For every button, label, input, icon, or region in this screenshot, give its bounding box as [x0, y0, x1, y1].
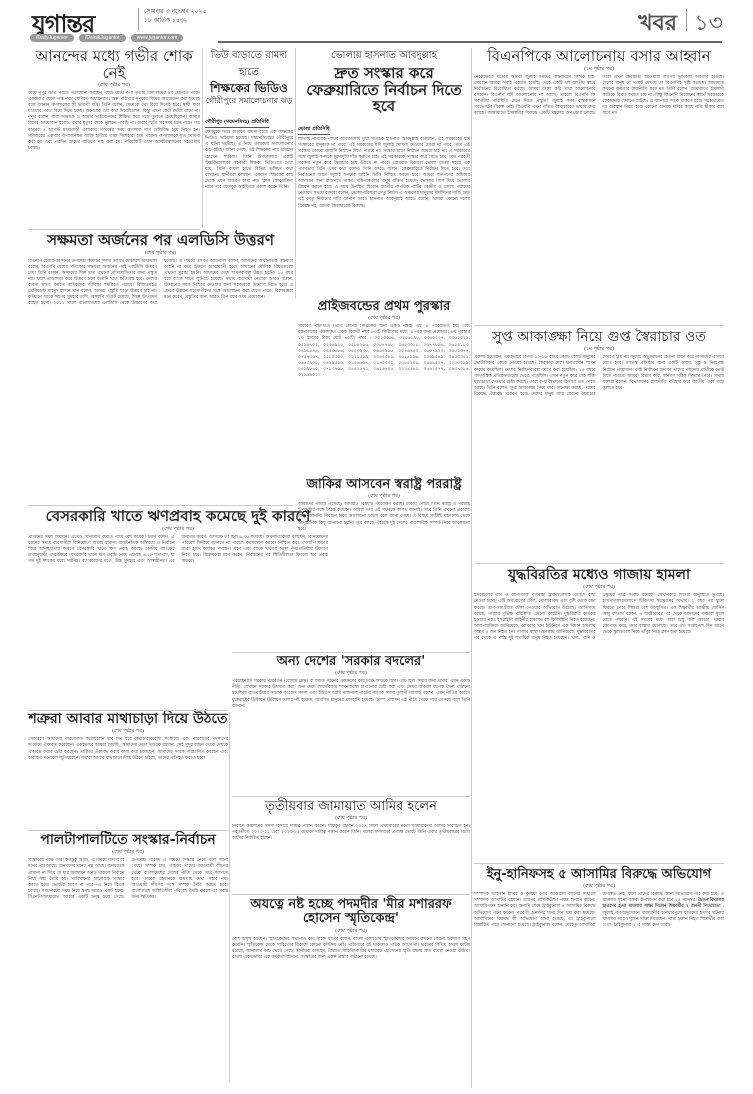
story-body: প্রকাশী হয়েছেন, একইভাবে বিগত ১৫-১৬ বছরে…: [474, 355, 724, 583]
twitter-link[interactable]: /DailyJugantor: [30, 34, 74, 42]
story-body: নির্বাচন কমিশনের সদস্য হিসাবে দায়িত্ব প…: [232, 824, 470, 884]
headline: বেসরকারি খাতে ঋণপ্রবাহ কমেছে দুই কারণে: [28, 508, 328, 525]
headline: তৃতীয়বার জামায়াত আমির হলেন: [232, 800, 470, 814]
column-rule: [202, 48, 203, 228]
story-text: সেকারণে আমাদের পরিচালিত করেছিলেন দীর্ঘ দ…: [28, 737, 179, 742]
masthead: যুগান্তর সোমবার ৩ নভেম্বর ২০২৫ ১৮ কার্তি…: [0, 0, 753, 44]
continued-label: (১ম পৃষ্ঠার পর): [474, 346, 724, 354]
date-bengali: ১৮ কার্তিক ১৪৩২: [144, 16, 206, 25]
story-body: পররাষ্ট্রনীতি সরকার পরিবর্তন (রেজিম চেঞ্…: [232, 679, 470, 809]
story-jamaat-amir: তৃতীয়বার জামায়াত আমির হলেন (শেষ পৃষ্ঠা…: [232, 800, 470, 884]
story-body: বেশি অসুস্থ আছেন। স্মৃতিকেন্দ্রের সভাপতি…: [232, 937, 470, 1087]
facebook-link[interactable]: /DainikJugantor: [79, 34, 126, 42]
column-rule: [471, 48, 472, 1088]
column-rule: [295, 48, 296, 298]
headline: জাকির আসবেন স্বরাষ্ট্র পররাষ্ট্র: [298, 478, 470, 492]
story-text: স্মৃতিকেন্দ্রের সভাপতি কবি সাহাদ হাসিব ব…: [232, 937, 470, 948]
headline: প্রাইজবন্ডের প্রথম পুরস্কার: [298, 300, 470, 314]
section-title: খবর: [638, 6, 677, 43]
divider: [28, 505, 293, 506]
story-zakir-home-foreign: জাকির আসবেন স্বরাষ্ট্র পররাষ্ট্র (শেষ পৃ…: [298, 478, 470, 592]
continued-label: (শেষ পৃষ্ঠার পর): [28, 82, 200, 90]
headline: ইনু-হানিফসহ ৫ আসামির বিরুদ্ধে অভিযোগ: [474, 868, 724, 882]
story-body: সম্পাদক আহসান হাবিব ও কুষ্টিয়া পৌর আওয়…: [474, 892, 724, 1082]
story-enemies-rising: শত্রুরা আবার মাথাচাড়া দিয়ে উঠতে (শেষ প…: [28, 712, 228, 835]
headline: পালটাপালটিতে সংস্কার-নির্বাচন: [28, 833, 228, 848]
continued-label: (শেষ পৃষ্ঠার পর): [298, 315, 470, 323]
story-text: জাতীয় নাগরিক পার্টির অধিকাংশীয় মুখ্য স…: [298, 137, 470, 154]
headline: শিক্ষকের ভিডিও: [205, 82, 293, 95]
story-text: সম্পাদক আহসান হাবিব ও কুষ্টিয়া পৌর আওয়…: [474, 892, 596, 903]
headline: যুদ্ধবিরতির মধ্যেও গাজায় হামলা: [474, 568, 724, 583]
divider: [28, 229, 200, 230]
story-text: বিএনপি চেয়ারপারসনের উপদেষ্টা কমিটির সদস…: [28, 259, 157, 276]
divider: [28, 830, 228, 831]
story-regime-change: অন্য দেশের 'সরকার বদলের' (শেষ পৃষ্ঠার পর…: [232, 655, 470, 809]
date-gregorian: সোমবার ৩ নভেম্বর ২০২৫: [144, 7, 206, 16]
byline: গৌরীপুর (ময়মনসিংহ) প্রতিনিধি: [205, 119, 269, 128]
story-body: সাধারণ পদ্ধতিতে (প্রতি গ্রুপের সিরিজের জ…: [298, 324, 470, 454]
story-text: আমাদের নজরে এসেছে। আমরাও বিষয়টি পর্যবেক…: [298, 502, 404, 507]
divider: [138, 8, 139, 30]
story-text: প্রকাশী হয়েছেন, একইভাবে বিগত ১৫-১৬ বছরে…: [474, 355, 596, 366]
story-body: সেকারণে আমাদের পরিচালিত করেছিলেন দীর্ঘ দ…: [28, 737, 228, 835]
headline: অন্য দেশের 'সরকার বদলের': [232, 655, 470, 669]
story-prizebond: প্রাইজবন্ডের প্রথম পুরস্কার (শেষ পৃষ্ঠার…: [298, 300, 470, 454]
divider: [686, 9, 687, 31]
story-anonder-moddhe: আনন্দের মধ্যে গভীর শোক নেই (শেষ পৃষ্ঠার …: [28, 48, 200, 251]
story-reform-election: পালটাপালটিতে সংস্কার-নির্বাচন (শেষ পৃষ্ঠ…: [28, 833, 228, 1083]
website-link[interactable]: www.jugantor.com: [131, 34, 184, 42]
divider: [232, 652, 470, 653]
continued-label: (শেষ পৃষ্ঠার পর): [298, 493, 470, 501]
story-text: নির্বাচন কমিশনের সদস্য হিসাবে দায়িত্ব প…: [232, 824, 326, 829]
headline: সক্ষমতা অর্জনের পর এলডিসি উত্তরণ: [28, 232, 293, 249]
continued-label: (শেষ পৃষ্ঠার পর): [474, 584, 724, 592]
story-text: সাধারণ পদ্ধতিতে (প্রতি গ্রুপের সিরিজের জ…: [298, 324, 459, 329]
byline: ভোলা প্রতিনিধি: [298, 126, 330, 135]
story-text: প্রাপ্তনের সময় জমায়ন। এতেও বিনিয়োগ কম…: [28, 535, 146, 540]
continued-label: (শেষ পৃষ্ঠার পর): [474, 883, 724, 891]
story-body: মেয়ে নূপুর চিত্রি পর্বতে পড়াশোনা করছেন…: [28, 91, 200, 251]
divider: [474, 325, 724, 326]
story-text: ফেসবুকে ভিউ বাড়াতে রামদা হাতে এক শিক্ষক…: [205, 130, 293, 141]
story-body: আমাদের নজরে এসেছে। আমরাও বিষয়টি পর্যবেক…: [298, 502, 470, 592]
headline: শত্রুরা আবার মাথাচাড়া দিয়ে উঠতে: [28, 712, 228, 727]
divider: [232, 894, 470, 895]
kicker: ভিউ বাড়াতে রামদা হাতে: [205, 48, 293, 82]
continued-label: (১ম পৃষ্ঠার পর): [474, 66, 724, 74]
story-body: সংস্কারের পক্ষে তারা কতটুকু আছে, এ বিষয়…: [28, 858, 228, 1083]
story-inu-hanif: ইনু-হানিফসহ ৫ আসামির বিরুদ্ধে অভিযোগ (শে…: [474, 868, 724, 1082]
divider: [28, 710, 228, 711]
story-ldc-graduation: সক্ষমতা অর্জনের পর এলডিসি উত্তরণ (শেষ পৃ…: [28, 232, 293, 524]
story-text: মেয়ে নূপুর চিত্রি পর্বতে পড়াশোনা করছেন…: [28, 91, 200, 102]
headline: অযত্নে নষ্ট হচ্ছে পদমদীর 'মীর মশাররফ হোস…: [232, 898, 470, 927]
story-body: ইসরাইলের ত্রাণ ও বাণিজ্যিক পণ্যবাহী ট্রা…: [474, 593, 724, 883]
story-text: নেকেক্ষেত্রে মতোৰ আমরা জুলাই সনদের বাস্ত…: [474, 75, 596, 80]
subhead: গৌরীপুরে সমালোচনার ঝড়: [205, 95, 293, 108]
column-rule: [229, 712, 230, 1082]
headline: বিএনপিকে আলোচনায় বসার আহ্বান: [474, 48, 724, 65]
story-gaza-attack: যুদ্ধবিরতির মধ্যেও গাজায় হামলা (শেষ পৃষ…: [474, 568, 724, 883]
headline: আনন্দের মধ্যে গভীর শোক নেই: [28, 48, 200, 81]
story-text: পররাষ্ট্রনীতি সরকার পরিবর্তন (রেজিম চেঞ্…: [232, 679, 398, 684]
continued-label: (শেষ পৃষ্ঠার পর): [28, 250, 293, 258]
dateline: সোমবার ৩ নভেম্বর ২০২৫ ১৮ কার্তিক ১৪৩২: [144, 7, 206, 25]
divider: [474, 863, 724, 864]
divider: [474, 563, 724, 564]
story-text: সংস্কারের পক্ষে তারা কতটুকু আছে, এ বিষয়…: [28, 858, 125, 869]
prize-numbers-label: ৪র্থ পুরস্কার ১০ হাজার টাকা মোট ৪০টি। নম…: [298, 330, 470, 341]
social-links: /DailyJugantor /DainikJugantor www.jugan…: [30, 34, 183, 42]
continued-label: (শেষ পৃষ্ঠার পর): [28, 849, 228, 857]
story-teacher-video: ভিউ বাড়াতে রামদা হাতে শিক্ষকের ভিডিও গৌ…: [205, 48, 293, 250]
continued-label: (শেষ পৃষ্ঠার পর): [28, 728, 228, 736]
headline: দ্রুত সংস্কার করে ফেব্রুয়ারিতে নির্বাচন…: [298, 65, 470, 115]
continued-label: (শেষ পৃষ্ঠার পর): [28, 526, 328, 534]
story-body: নেকেক্ষেত্রে মতোৰ আমরা জুলাই সনদের বাস্ত…: [474, 75, 724, 300]
continued-label: (শেষ পৃষ্ঠার পর): [232, 670, 470, 678]
page-number: ১৩: [694, 6, 723, 43]
story-mir-mosharraf: অযত্নে নষ্ট হচ্ছে পদমদীর 'মীর মশাররফ হোস…: [232, 898, 470, 1087]
headline: সুপ্ত আকাঙ্ক্ষা নিয়ে গুপ্ত স্বৈরাচার ওত: [474, 330, 724, 345]
subhead: চৈতন্যবিদ্যালয় ছাত্রদের হত্যা মামলায় স…: [603, 898, 725, 909]
kicker: ভোলায় হাসনাত আবদুল্লাহ: [298, 48, 470, 65]
story-hidden-autocracy: সুপ্ত আকাঙ্ক্ষা নিয়ে গুপ্ত স্বৈরাচার ওত…: [474, 330, 724, 583]
continued-label: (শেষ পৃষ্ঠার পর): [232, 815, 470, 823]
continued-label: (শেষ পৃষ্ঠার পর): [232, 928, 470, 936]
story-bnp-dialogue: বিএনপিকে আলোচনায় বসার আহ্বান (১ম পৃষ্ঠা…: [474, 48, 724, 300]
story-body: বিএনপি চেয়ারপারসনের উপদেষ্টা কমিটির সদস…: [28, 259, 293, 524]
story-text: ইসরাইলের ত্রাণ ও বাণিজ্যিক পণ্যবাহী ট্রা…: [474, 593, 596, 604]
divider: [232, 796, 470, 797]
